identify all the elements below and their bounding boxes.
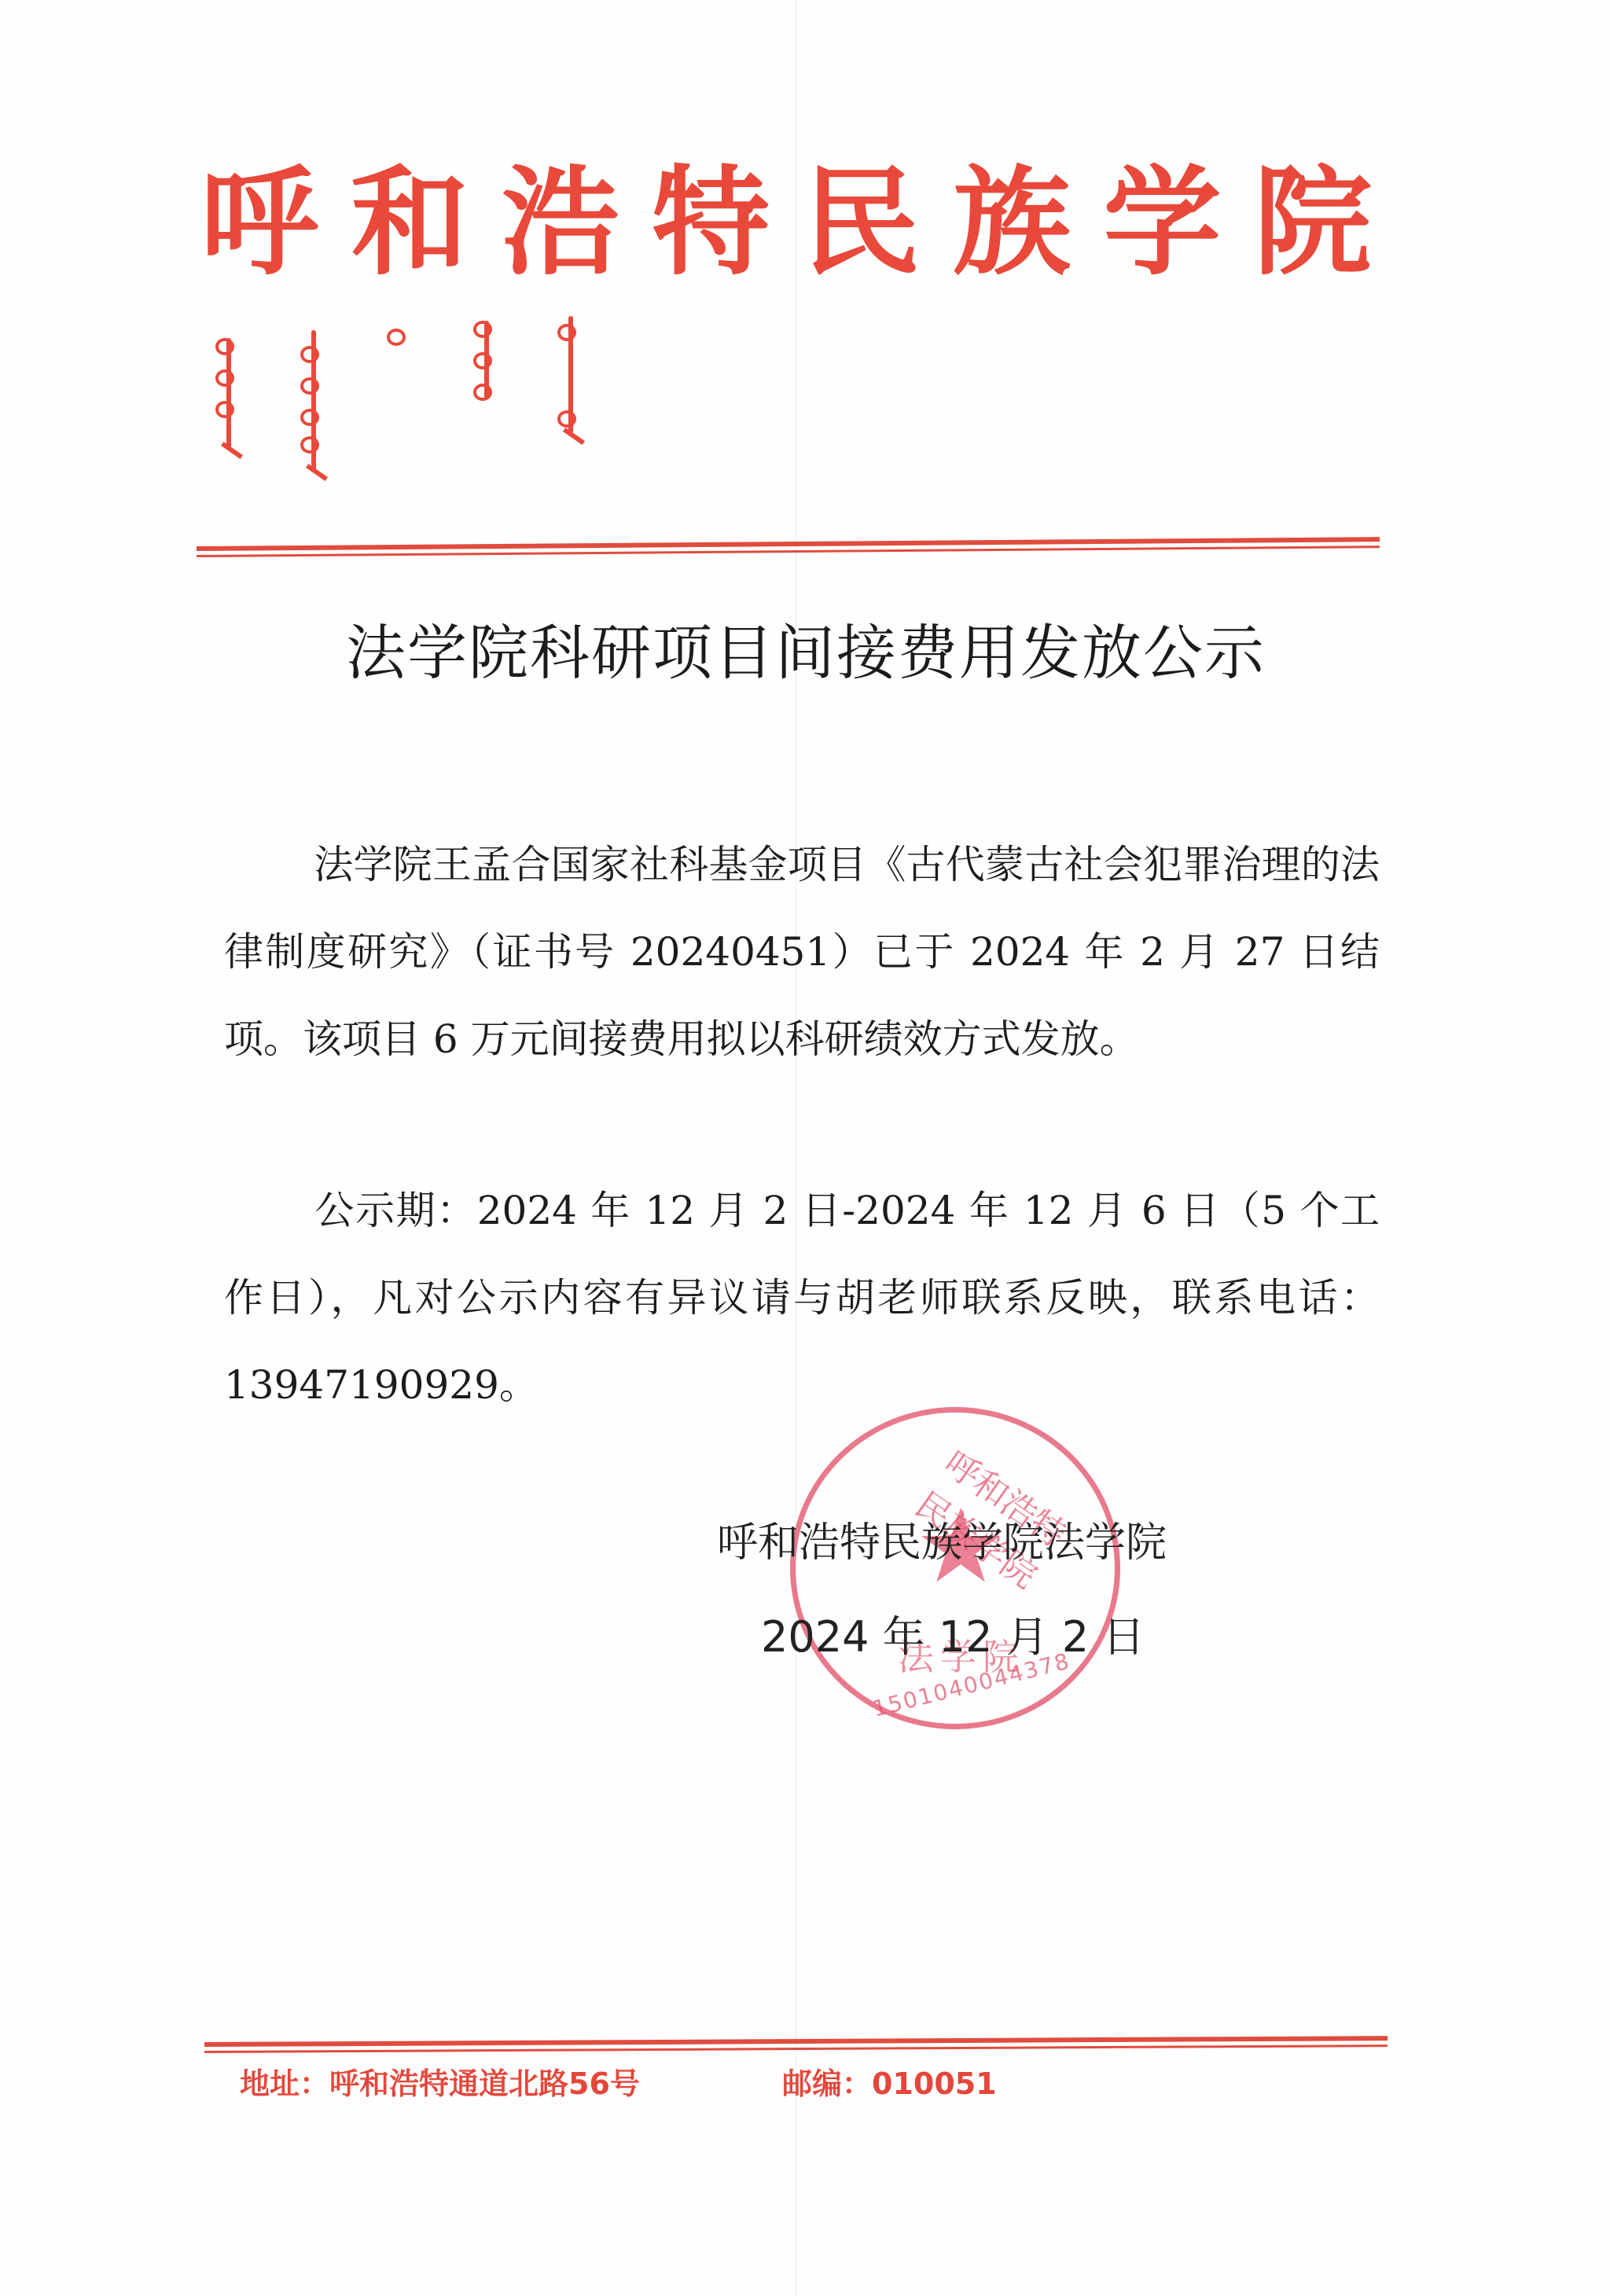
letterhead-divider-rule (197, 537, 1380, 562)
mongolian-word-icon (212, 338, 244, 456)
footer-divider-rule (204, 2036, 1388, 2058)
document-page: 呼 和 浩 特 民 族 学 院 (0, 0, 1610, 2296)
letterhead-footer: 地址：呼和浩特通道北路56号 邮编：010051 (240, 2059, 1340, 2103)
body-paragraph-publicity: 公示期：2024 年 12 月 2 日-2024 年 12 月 6 日（5 个工… (224, 1167, 1380, 1429)
letterhead-institution-name: 呼 和 浩 特 民 族 学 院 (197, 134, 1376, 291)
document-title: 法学院科研项目间接费用发放公示 (330, 605, 1281, 691)
signature-date: 2024 年 12 月 2 日 (761, 1604, 1145, 1664)
footer-address: 地址：呼和浩特通道北路56号 (240, 2066, 640, 2101)
mongolian-word-icon (384, 329, 415, 352)
letterhead-mongolian-script (197, 307, 1376, 495)
footer-postcode: 邮编：010051 (782, 2059, 997, 2103)
letterhead-char: 特 (648, 127, 774, 297)
body-paragraph-project: 法学院王孟合国家社科基金项目《古代蒙古社会犯罪治理的法律制度研究》（证书号 20… (224, 821, 1380, 1083)
letterhead-char: 民 (799, 127, 924, 297)
letterhead-char: 族 (949, 127, 1075, 297)
paragraph-text: 公示期：2024 年 12 月 2 日-2024 年 12 月 6 日（5 个工… (224, 1188, 1380, 1408)
mongolian-word-icon (470, 321, 502, 407)
letterhead-char: 浩 (498, 127, 623, 297)
letterhead-char: 学 (1100, 127, 1226, 297)
paragraph-text: 法学院王孟合国家社科基金项目《古代蒙古社会犯罪治理的法律制度研究》（证书号 20… (224, 842, 1380, 1062)
letterhead-char: 和 (347, 127, 472, 297)
mongolian-word-icon (554, 316, 586, 442)
official-seal: ★ 呼和浩特民族学院 法学院 1501040044378 (790, 1407, 1120, 1729)
signature-organization: 呼和浩特民族学院法学院 (717, 1509, 1167, 1568)
mongolian-word-icon (297, 330, 329, 479)
letterhead-char: 呼 (197, 127, 322, 297)
letterhead-char: 院 (1250, 127, 1376, 297)
